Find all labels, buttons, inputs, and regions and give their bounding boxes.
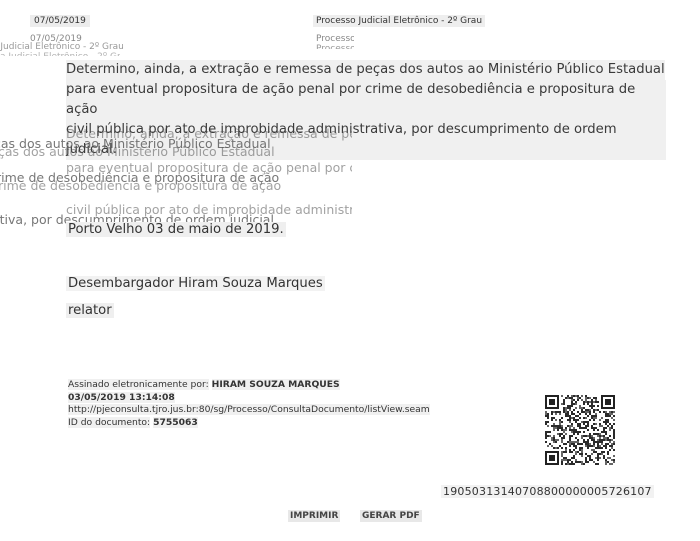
judge-role: relator	[66, 303, 114, 318]
signature-block: Assinado eletronicamente por: HIRAM SOUZ…	[68, 379, 430, 430]
validation-code: 19050313140708800000005726107	[441, 485, 654, 498]
ghost-header-title-shadow: a Judicial Eletrônico - 2º Grau	[0, 52, 120, 56]
doc-id-label: ID do documento:	[68, 417, 150, 428]
doc-id: 5755063	[153, 417, 198, 428]
signer-name: HIRAM SOUZA MARQUES	[212, 379, 340, 390]
ghost-header-title: a Judicial Eletrônico - 2º Grau	[0, 42, 124, 52]
signature-datetime: 03/05/2019 13:14:08	[68, 392, 175, 403]
qr-code-icon	[545, 395, 615, 465]
print-button[interactable]: IMPRIMIR	[288, 510, 340, 522]
ghost-process-fragment: Processo	[316, 34, 354, 44]
ghost-line: rime de desobediência e propositura de a…	[0, 178, 281, 193]
generate-pdf-button[interactable]: GERAR PDF	[360, 510, 422, 522]
place-date: Porto Velho 03 de maio de 2019.	[66, 222, 286, 237]
paragraph-line: Determino, ainda, a extração e remessa d…	[66, 60, 665, 80]
header-system-title: Processo Judicial Eletrônico - 2º Grau	[313, 15, 485, 27]
ghost-process-fragment-shadow: Processo	[316, 44, 354, 49]
paragraph-line: para eventual propositura de ação penal …	[66, 80, 666, 120]
validation-url[interactable]: http://pjeconsulta.tjro.jus.br:80/sg/Pro…	[68, 404, 430, 415]
ghost-line: ças dos autos ao Ministério Público Esta…	[0, 144, 275, 159]
judge-name: Desembargador Hiram Souza Marques	[66, 276, 325, 291]
ghost-render-artifact: Determino, ainda, a extração e remessa d…	[0, 124, 352, 236]
signed-by-label: Assinado eletronicamente por:	[68, 379, 209, 390]
header-date: 07/05/2019	[30, 15, 90, 27]
